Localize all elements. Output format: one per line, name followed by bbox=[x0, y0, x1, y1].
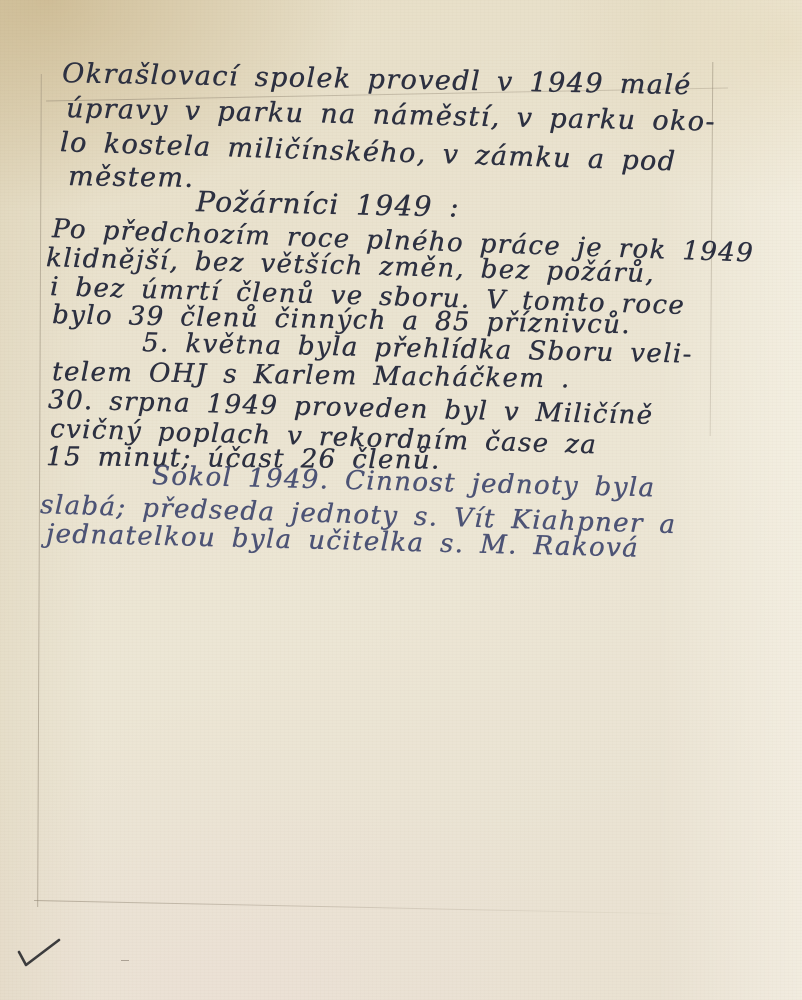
pencil-guideline-bottom bbox=[34, 900, 702, 915]
section-heading-pozarnici: Požárníci 1949 : bbox=[196, 188, 460, 222]
check-mark-icon bbox=[17, 936, 61, 970]
chronicle-page: Okrašlovací spolek provedl v 1949 malé ú… bbox=[0, 0, 802, 1000]
pencil-dash-mark bbox=[121, 960, 129, 961]
handwritten-line: městem. bbox=[68, 163, 195, 192]
handwritten-line: Okrašlovací spolek provedl v 1949 malé bbox=[62, 60, 692, 99]
